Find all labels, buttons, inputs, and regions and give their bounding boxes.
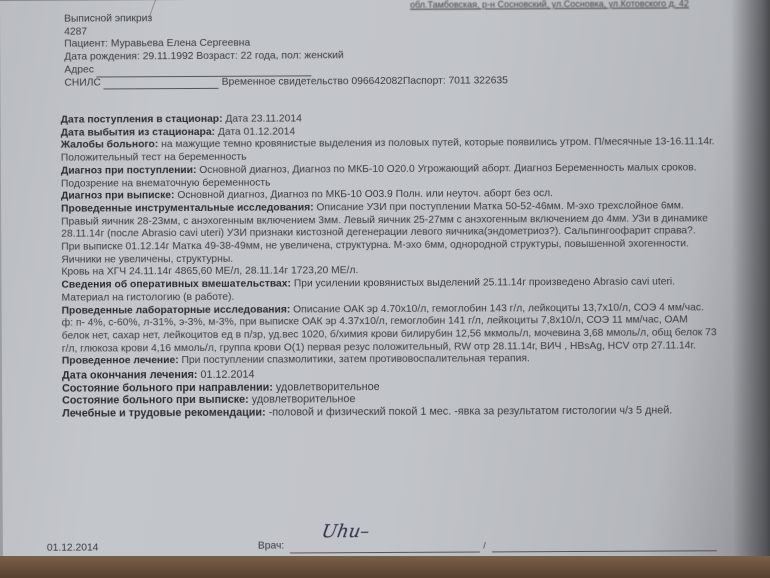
section-label: Проведенные инструментальные исследовани… bbox=[61, 202, 314, 214]
certificate-label: Временное свидетельство bbox=[222, 76, 349, 88]
section-paragraph: Жалобы больного: на мажущие темно кровян… bbox=[61, 137, 716, 166]
section-text: 01.12.2014 bbox=[200, 369, 254, 381]
address-label: Адрес bbox=[64, 64, 94, 75]
table-surface bbox=[0, 556, 770, 578]
section-label: Проведенные лабораторные исследования: bbox=[62, 304, 291, 316]
sex-value: женский bbox=[304, 50, 344, 61]
section-label: Состояние больного при направлении: bbox=[62, 381, 273, 394]
section-label: Дата поступления в стационар: bbox=[61, 114, 223, 126]
signature-line: Uhu– bbox=[290, 537, 480, 553]
section-paragraph: Проведенные лабораторные исследования: О… bbox=[62, 302, 717, 356]
section-label: Диагноз при поступлении: bbox=[61, 165, 197, 177]
section-label: Состояние больного при выписке: bbox=[62, 394, 249, 407]
snils-label: СНИЛС bbox=[64, 77, 101, 88]
birth-date: 29.11.1992 bbox=[143, 51, 194, 62]
passport-number: 7011 322635 bbox=[448, 75, 507, 86]
snils-blank bbox=[104, 78, 219, 90]
section-paragraph: Проведенные инструментальные исследовани… bbox=[61, 200, 716, 267]
section-text: Дата 23.11.2014 bbox=[225, 113, 301, 124]
name-line bbox=[492, 538, 717, 552]
epicrisis-body: Дата поступления в стационар: Дата 23.11… bbox=[61, 111, 718, 420]
section-text: на мажущие темно кровянистые выделения и… bbox=[61, 137, 715, 164]
age-label: Возраст: bbox=[196, 51, 237, 62]
passport-label: Паспорт: bbox=[403, 75, 446, 86]
section-label: Дата выбытия из стационара: bbox=[61, 127, 215, 139]
birth-label: Дата рождения: bbox=[64, 51, 140, 62]
doctor-signature-block: Врач: Uhu– / bbox=[258, 536, 717, 553]
signature-separator: / bbox=[483, 540, 486, 553]
document-page: обл.Тамбовская, р-н Сосновский, ул.Сосно… bbox=[0, 0, 770, 560]
section-paragraph: Сведения об оперативных вмешательствах: … bbox=[61, 276, 716, 305]
section-text: При поступлении спазмолитики, затем прот… bbox=[182, 354, 530, 367]
section-label: Сведения об оперативных вмешательствах: bbox=[61, 279, 290, 291]
document-header: Выписной эпикриз 4287 Пациент: Муравьева… bbox=[64, 11, 508, 90]
section-text: -половой и физический покой 1 мес. -явка… bbox=[269, 405, 673, 419]
section-label: Жалобы больного: bbox=[61, 140, 159, 152]
section-label: Дата окончания лечения: bbox=[62, 369, 198, 382]
section-text: Дата 01.12.2014 bbox=[218, 126, 295, 137]
section-text: Кровь на ХГЧ 24.11.14г 4865,60 МЕ/л, 28.… bbox=[61, 266, 358, 279]
certificate-number: 096642082 bbox=[351, 75, 403, 86]
section-text: удовлетворительное bbox=[276, 381, 380, 394]
section-paragraph: Диагноз при поступлении: Основной диагно… bbox=[61, 162, 716, 191]
footer-date: 01.12.2014 bbox=[47, 542, 99, 555]
patient-name: Муравьева Елена Сергеевна bbox=[111, 38, 250, 50]
section-paragraph: Лечебные и трудовые рекомендации: -полов… bbox=[62, 404, 717, 420]
section-label: Лечебные и трудовые рекомендации: bbox=[62, 407, 266, 420]
doctor-label: Врач: bbox=[258, 541, 284, 554]
clinic-address: обл.Тамбовская, р-н Сосновский, ул.Сосно… bbox=[410, 0, 689, 12]
section-label: Проведенное лечение: bbox=[62, 355, 179, 367]
section-label: Диагноз при выписке: bbox=[61, 190, 175, 202]
section-text: удовлетворительное bbox=[252, 394, 356, 407]
patient-label: Пациент: bbox=[64, 39, 108, 50]
snils-line: СНИЛС Временное свидетельство 096642082П… bbox=[64, 75, 507, 90]
age-value: 22 года, bbox=[241, 51, 279, 62]
handwritten-signature: Uhu– bbox=[321, 526, 371, 539]
sex-label: пол: bbox=[281, 51, 301, 62]
section-text: Основной диагноз, Диагноз по МКБ-10 О03.… bbox=[177, 188, 553, 201]
